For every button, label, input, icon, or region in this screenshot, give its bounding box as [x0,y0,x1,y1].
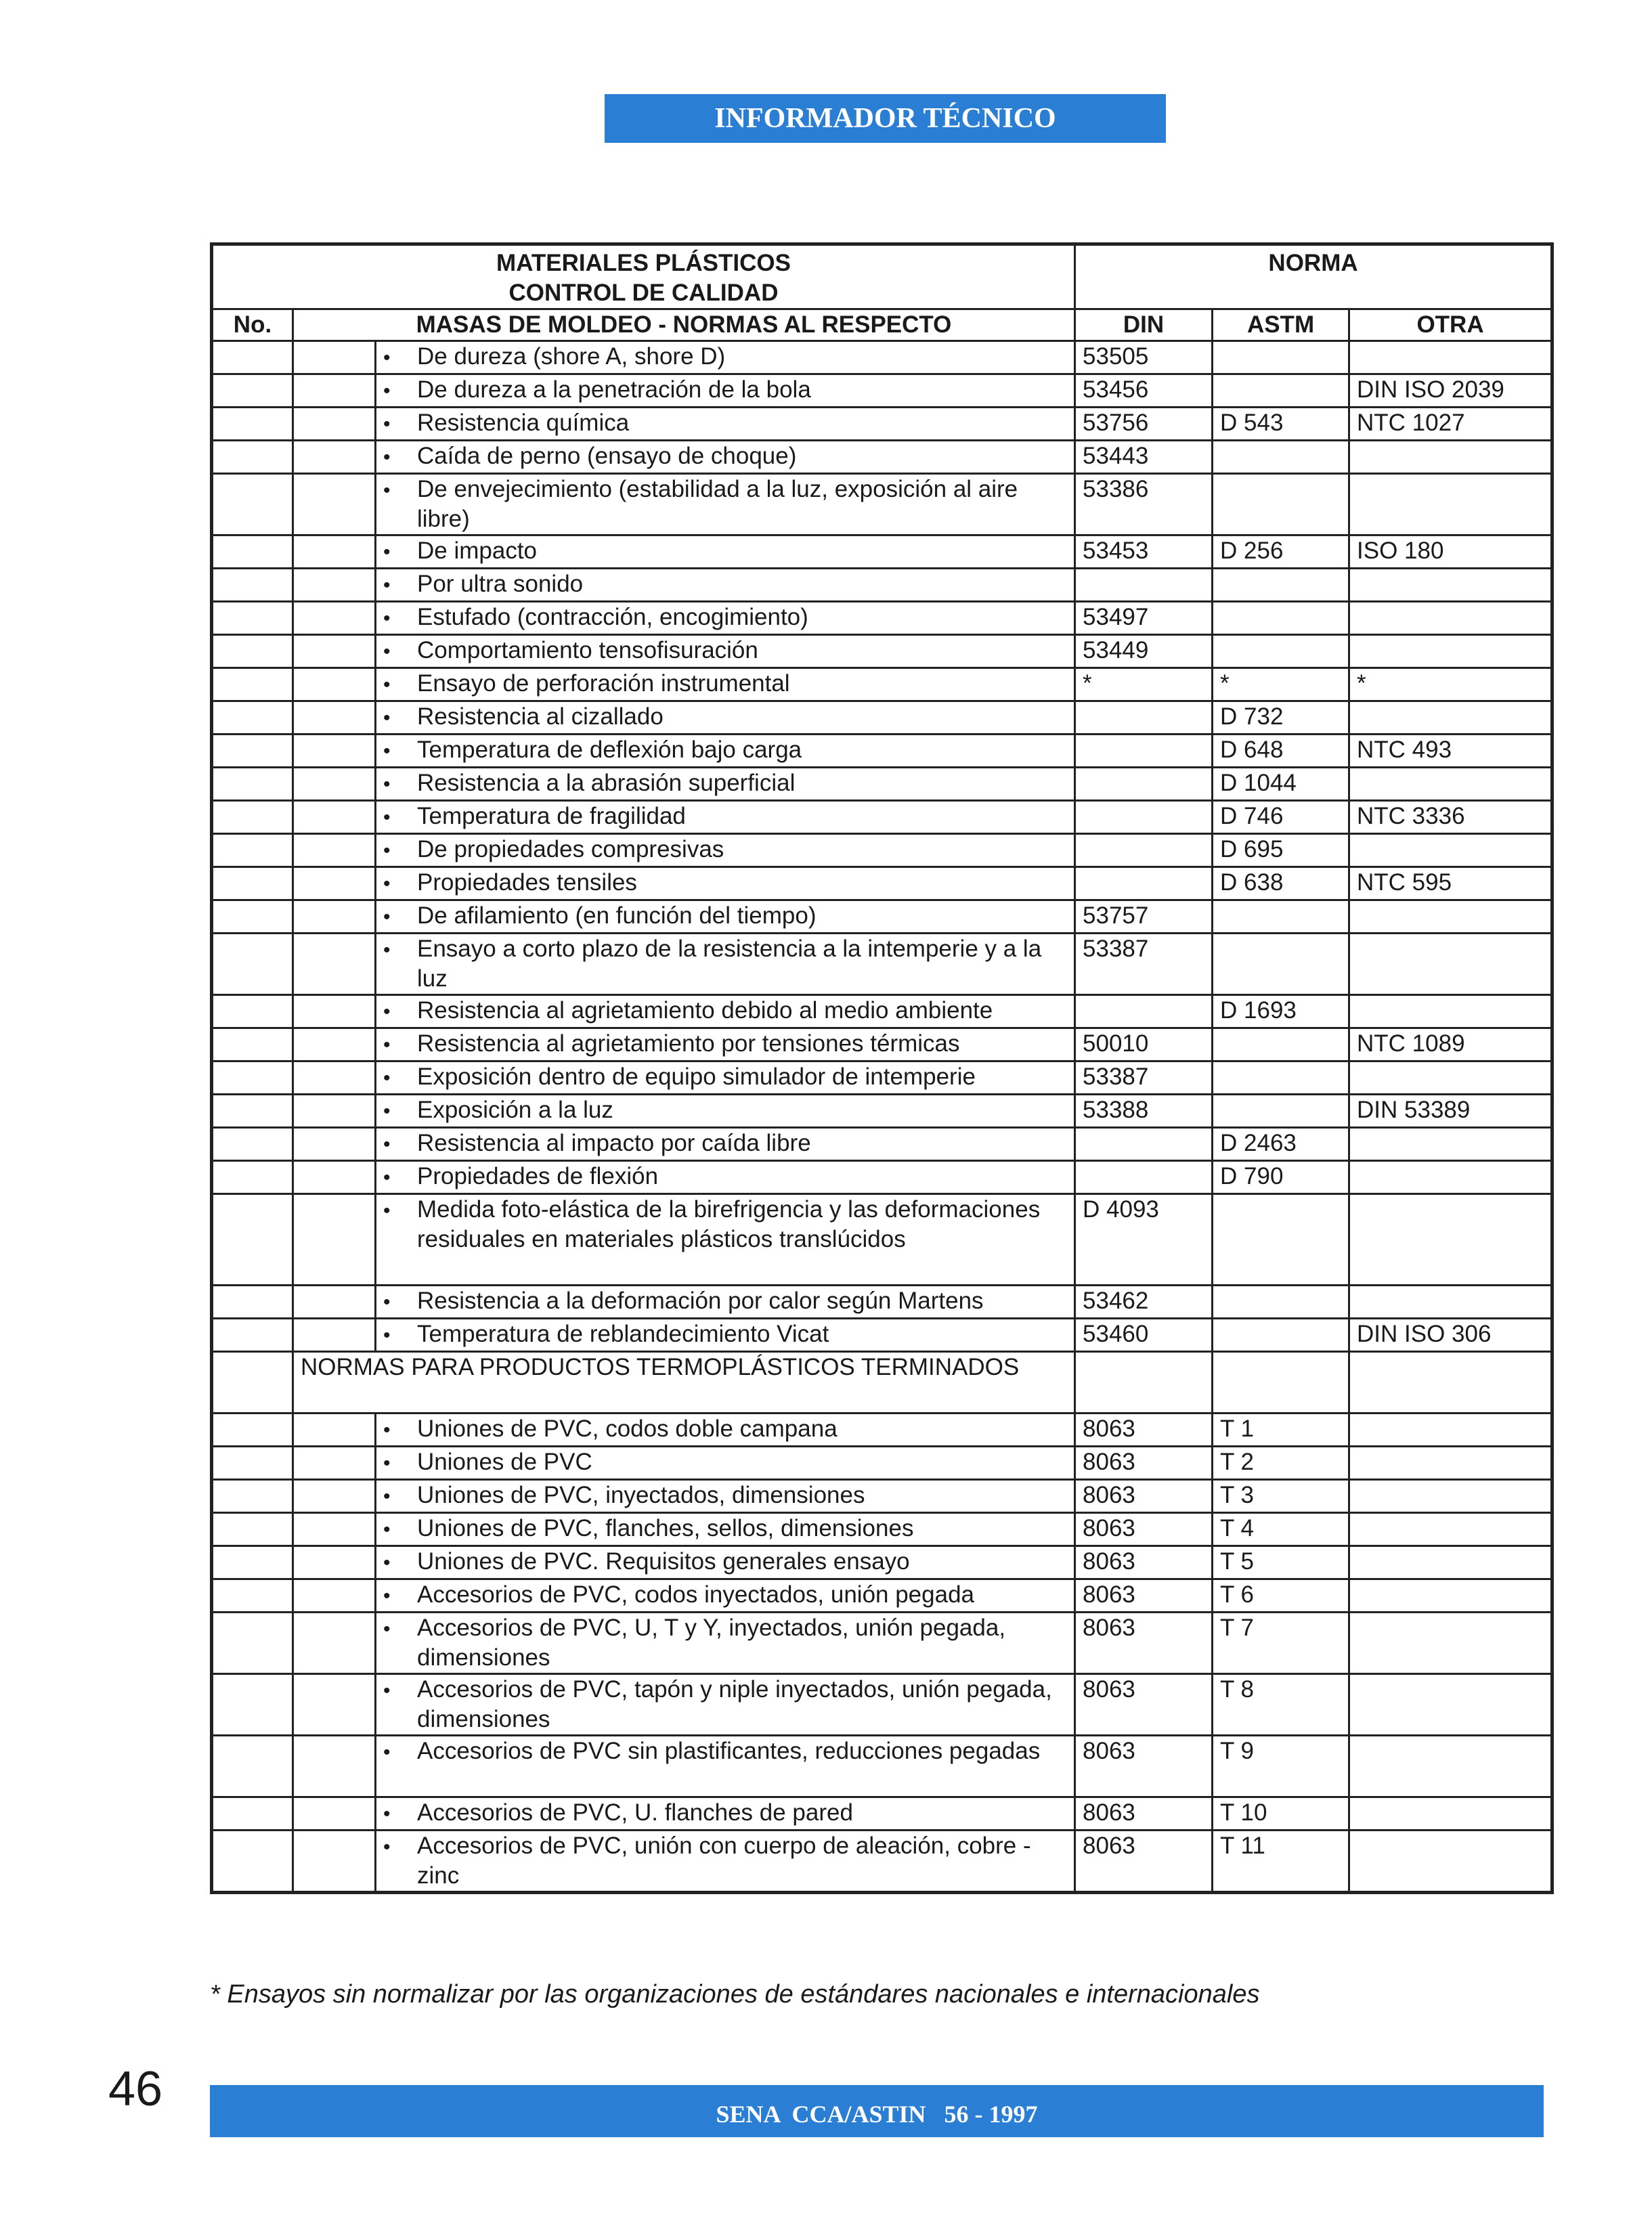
cell-otra [1349,1128,1552,1161]
table-row: Accesorios de PVC, tapón y niple inyecta… [212,1674,1552,1736]
cell-description: Uniones de PVC, codos doble campana [376,1414,1075,1447]
cell-astm: D 1044 [1213,768,1349,801]
footer-banner-text: SENA CCA/ASTIN 56 - 1997 [716,2100,1037,2128]
cell-otra [1349,1480,1552,1513]
table-row: Caída de perno (ensayo de choque)53443 [212,441,1552,474]
cell-din [1075,768,1213,801]
cell-description: Temperatura de fragilidad [376,801,1075,834]
cell-otra [1349,1352,1552,1414]
cell-no [212,1579,293,1613]
cell-otra [1349,1613,1552,1674]
table-row: Uniones de PVC. Requisitos generales ens… [212,1546,1552,1579]
description-text: Resistencia al impacto por caída libre [417,1129,1066,1158]
col-header-din: DIN [1075,309,1213,341]
cell-otra [1349,934,1552,995]
cell-astm: T 8 [1213,1674,1349,1736]
cell-otra [1349,1579,1552,1613]
cell-din [1075,801,1213,834]
cell-description: Accesorios de PVC, tapón y niple inyecta… [376,1674,1075,1736]
cell-description: Accesorios de PVC, unión con cuerpo de a… [376,1831,1075,1893]
cell-otra: NTC 1027 [1349,408,1552,441]
description-text: Temperatura de deflexión bajo carga [417,735,1066,765]
cell-otra: NTC 3336 [1349,801,1552,834]
cell-otra [1349,1161,1552,1194]
header-banner-title: INFORMADOR TÉCNICO [714,102,1056,135]
cell-no [212,1161,293,1194]
cell-otra [1349,1831,1552,1893]
cell-description: Uniones de PVC, inyectados, dimensiones [376,1480,1075,1513]
cell-din: 53386 [1075,474,1213,535]
cell-otra [1349,1736,1552,1797]
cell-empty [293,1831,376,1893]
cell-no [212,1128,293,1161]
cell-din: 53449 [1075,635,1213,668]
bullet-icon [383,1514,417,1545]
description-text: Temperatura de reblandecimiento Vicat [417,1319,1066,1349]
table-row: Temperatura de reblandecimiento Vicat534… [212,1319,1552,1352]
cell-otra [1349,569,1552,602]
cell-description: Uniones de PVC, flanches, sellos, dimens… [376,1513,1075,1546]
cell-din: 53443 [1075,441,1213,474]
table-body: De dureza (shore A, shore D)53505De dure… [212,341,1552,1893]
cell-description: Exposición dentro de equipo simulador de… [376,1061,1075,1095]
cell-no [212,1797,293,1831]
cell-empty [293,1579,376,1613]
cell-astm: T 6 [1213,1579,1349,1613]
cell-empty [293,1546,376,1579]
description-text: De propiedades compresivas [417,835,1066,864]
cell-description: Uniones de PVC [376,1447,1075,1480]
cell-empty [293,1736,376,1797]
cell-empty [293,1061,376,1095]
cell-din: 53453 [1075,535,1213,569]
cell-din: 8063 [1075,1736,1213,1797]
description-text: Propiedades tensiles [417,868,1066,898]
cell-otra [1349,341,1552,374]
cell-description: Temperatura de reblandecimiento Vicat [376,1319,1075,1352]
cell-otra [1349,1447,1552,1480]
cell-description: Medida foto-elástica de la birefrigencia… [376,1194,1075,1286]
cell-otra [1349,602,1552,635]
cell-empty [293,408,376,441]
cell-description: Estufado (contracción, encogimiento) [376,602,1075,635]
cell-no [212,535,293,569]
table-row: Resistencia química53756D 543NTC 1027 [212,408,1552,441]
cell-otra [1349,1061,1552,1095]
table-row: Accesorios de PVC sin plastificantes, re… [212,1736,1552,1797]
cell-astm [1213,474,1349,535]
cell-astm [1213,1286,1349,1319]
cell-otra: DIN 53389 [1349,1095,1552,1128]
description-text: De envejecimiento (estabilidad a la luz,… [417,475,1066,534]
cell-din [1075,1128,1213,1161]
cell-no [212,1414,293,1447]
cell-empty [293,535,376,569]
cell-no [212,1831,293,1893]
cell-din [1075,995,1213,1028]
table-row: Resistencia al cizalladoD 732 [212,701,1552,735]
description-text: De afilamiento (en función del tiempo) [417,901,1066,931]
table-row: Temperatura de deflexión bajo cargaD 648… [212,735,1552,768]
bullet-icon [383,934,417,965]
description-text: Accesorios de PVC, U, T y Y, inyectados,… [417,1613,1066,1673]
description-text: Uniones de PVC, inyectados, dimensiones [417,1481,1066,1510]
cell-no [212,1613,293,1674]
cell-description: De afilamiento (en función del tiempo) [376,900,1075,934]
cell-otra: * [1349,668,1552,701]
cell-otra [1349,1286,1552,1319]
cell-no [212,635,293,668]
description-text: Resistencia al agrietamiento debido al m… [417,996,1066,1026]
table-row: Exposición dentro de equipo simulador de… [212,1061,1552,1095]
cell-astm [1213,1194,1349,1286]
description-text: Uniones de PVC, codos doble campana [417,1414,1066,1444]
description-text: De impacto [417,536,1066,566]
cell-empty [293,1028,376,1061]
cell-no [212,341,293,374]
cell-empty [293,801,376,834]
cell-no [212,1194,293,1286]
bullet-icon [383,1613,417,1644]
description-text: Por ultra sonido [417,569,1066,599]
cell-description: De dureza (shore A, shore D) [376,341,1075,374]
cell-description: Temperatura de deflexión bajo carga [376,735,1075,768]
cell-din: 53387 [1075,934,1213,995]
cell-din [1075,701,1213,735]
cell-otra [1349,1414,1552,1447]
table-row: Ensayo de perforación instrumental*** [212,668,1552,701]
cell-empty [293,1447,376,1480]
cell-astm: T 5 [1213,1546,1349,1579]
cell-astm: T 2 [1213,1447,1349,1480]
cell-din: 8063 [1075,1613,1213,1674]
cell-astm: D 790 [1213,1161,1349,1194]
cell-astm [1213,1095,1349,1128]
bullet-icon [383,1162,417,1193]
cell-no [212,1061,293,1095]
table-row: De dureza (shore A, shore D)53505 [212,341,1552,374]
description-text: Uniones de PVC. Requisitos generales ens… [417,1547,1066,1577]
bullet-icon [383,475,417,506]
cell-no [212,934,293,995]
cell-din: 53456 [1075,374,1213,408]
cell-no [212,1736,293,1797]
cell-astm [1213,602,1349,635]
cell-astm: D 648 [1213,735,1349,768]
cell-otra [1349,995,1552,1028]
cell-no [212,900,293,934]
table-row: Por ultra sonido [212,569,1552,602]
bullet-icon [383,1319,417,1351]
table-row: De propiedades compresivasD 695 [212,834,1552,867]
footer-banner: SENA CCA/ASTIN 56 - 1997 [210,2085,1544,2137]
description-text: Uniones de PVC, flanches, sellos, dimens… [417,1514,1066,1543]
bullet-icon [383,1195,417,1226]
cell-astm: D 746 [1213,801,1349,834]
table-row: De envejecimiento (estabilidad a la luz,… [212,474,1552,535]
bullet-icon [383,1286,417,1317]
cell-empty [293,474,376,535]
cell-empty [293,1286,376,1319]
cell-empty [293,900,376,934]
cell-no [212,1546,293,1579]
cell-description: Propiedades de flexión [376,1161,1075,1194]
cell-otra [1349,635,1552,668]
cell-din: * [1075,668,1213,701]
table-row: Uniones de PVC, flanches, sellos, dimens… [212,1513,1552,1546]
bullet-icon [383,669,417,700]
bullet-icon [383,1831,417,1862]
cell-astm [1213,441,1349,474]
cell-otra [1349,1546,1552,1579]
cell-astm: T 1 [1213,1414,1349,1447]
table-row: De dureza a la penetración de la bola534… [212,374,1552,408]
cell-din [1075,1352,1213,1414]
bullet-icon [383,901,417,932]
table-row: Accesorios de PVC, unión con cuerpo de a… [212,1831,1552,1893]
cell-empty [293,735,376,768]
bullet-icon [383,1675,417,1706]
description-text: Resistencia a la abrasión superficial [417,768,1066,798]
bullet-icon [383,408,417,439]
cell-din [1075,569,1213,602]
cell-astm [1213,1028,1349,1061]
cell-empty [293,1513,376,1546]
cell-otra [1349,768,1552,801]
cell-description: Accesorios de PVC, U. flanches de pared [376,1797,1075,1831]
cell-no [212,474,293,535]
cell-din: 8063 [1075,1546,1213,1579]
cell-empty [293,635,376,668]
description-text: Estufado (contracción, encogimiento) [417,602,1066,632]
cell-din: 8063 [1075,1674,1213,1736]
cell-no [212,701,293,735]
cell-no [212,408,293,441]
cell-no [212,1513,293,1546]
bullet-icon [383,602,417,634]
cell-astm: T 10 [1213,1797,1349,1831]
cell-no [212,995,293,1028]
cell-description: Ensayo a corto plazo de la resistencia a… [376,934,1075,995]
cell-astm: T 11 [1213,1831,1349,1893]
cell-description: Ensayo de perforación instrumental [376,668,1075,701]
cell-otra: DIN ISO 2039 [1349,374,1552,408]
description-text: Resistencia química [417,408,1066,438]
cell-otra [1349,834,1552,867]
table-row: Accesorios de PVC, U. flanches de pared8… [212,1797,1552,1831]
description-text: Accesorios de PVC sin plastificantes, re… [417,1736,1066,1766]
table-row: Propiedades de flexiónD 790 [212,1161,1552,1194]
cell-empty [293,569,376,602]
cell-din: 53505 [1075,341,1213,374]
description-text: Temperatura de fragilidad [417,802,1066,831]
cell-no [212,867,293,900]
cell-otra: DIN ISO 306 [1349,1319,1552,1352]
cell-astm: D 638 [1213,867,1349,900]
cell-din: 8063 [1075,1831,1213,1893]
cell-no [212,768,293,801]
cell-empty [293,867,376,900]
cell-no [212,1286,293,1319]
description-text: Accesorios de PVC, codos inyectados, uni… [417,1580,1066,1610]
cell-empty [293,1414,376,1447]
description-text: Medida foto-elástica de la birefrigencia… [417,1195,1066,1254]
cell-description: Propiedades tensiles [376,867,1075,900]
cell-otra [1349,441,1552,474]
cell-no [212,1480,293,1513]
cell-no [212,834,293,867]
cell-astm [1213,900,1349,934]
description-text: Comportamiento tensofisuración [417,636,1066,665]
cell-description: Resistencia química [376,408,1075,441]
cell-din: 8063 [1075,1579,1213,1613]
cell-no [212,1447,293,1480]
cell-din: 53462 [1075,1286,1213,1319]
cell-astm: D 1693 [1213,995,1349,1028]
cell-otra: NTC 493 [1349,735,1552,768]
bullet-icon [383,1029,417,1060]
cell-no [212,441,293,474]
description-text: Accesorios de PVC, U. flanches de pared [417,1798,1066,1828]
description-text: Resistencia a la deformación por calor s… [417,1286,1066,1316]
bullet-icon [383,569,417,600]
description-text: Caída de perno (ensayo de choque) [417,441,1066,471]
cell-din: 8063 [1075,1447,1213,1480]
cell-empty [293,1797,376,1831]
cell-din: 8063 [1075,1414,1213,1447]
cell-din: D 4093 [1075,1194,1213,1286]
cell-empty [293,768,376,801]
description-text: Ensayo de perforación instrumental [417,669,1066,699]
table-row: Uniones de PVC, inyectados, dimensiones8… [212,1480,1552,1513]
cell-astm: D 732 [1213,701,1349,735]
cell-astm: * [1213,668,1349,701]
cell-description: De dureza a la penetración de la bola [376,374,1075,408]
cell-astm: D 2463 [1213,1128,1349,1161]
cell-astm [1213,341,1349,374]
cell-din [1075,735,1213,768]
table-row: Accesorios de PVC, codos inyectados, uni… [212,1579,1552,1613]
cell-otra [1349,1797,1552,1831]
table-row: Resistencia a la abrasión superficialD 1… [212,768,1552,801]
table-title-line1: MATERIALES PLÁSTICOS [220,248,1067,278]
cell-description: Accesorios de PVC sin plastificantes, re… [376,1736,1075,1797]
cell-astm [1213,569,1349,602]
cell-din [1075,1161,1213,1194]
bullet-icon [383,375,417,406]
cell-otra [1349,1513,1552,1546]
cell-description: De impacto [376,535,1075,569]
description-text: Ensayo a corto plazo de la resistencia a… [417,934,1066,994]
col-header-otra: OTRA [1349,309,1552,341]
cell-empty [293,1480,376,1513]
cell-din: 8063 [1075,1480,1213,1513]
cell-description: Resistencia al agrietamiento debido al m… [376,995,1075,1028]
cell-empty [293,1161,376,1194]
cell-empty [293,934,376,995]
cell-empty [293,1674,376,1736]
cell-din: 50010 [1075,1028,1213,1061]
table-row: Resistencia al impacto por caída libreD … [212,1128,1552,1161]
table-row: Temperatura de fragilidadD 746NTC 3336 [212,801,1552,834]
cell-astm: D 695 [1213,834,1349,867]
table-row: Resistencia al agrietamiento por tension… [212,1028,1552,1061]
cell-no [212,735,293,768]
bullet-icon [383,1736,417,1768]
cell-din: 53756 [1075,408,1213,441]
bullet-icon [383,868,417,899]
cell-astm: T 4 [1213,1513,1349,1546]
cell-no [212,668,293,701]
cell-astm [1213,1061,1349,1095]
description-text: Accesorios de PVC, unión con cuerpo de a… [417,1831,1066,1891]
cell-astm [1213,934,1349,995]
cell-empty [293,995,376,1028]
cell-empty [293,668,376,701]
table-title-line2: CONTROL DE CALIDAD [220,278,1067,308]
cell-description: De propiedades compresivas [376,834,1075,867]
description-text: Exposición a la luz [417,1095,1066,1125]
cell-din: 53460 [1075,1319,1213,1352]
cell-din: 53497 [1075,602,1213,635]
bullet-icon [383,1095,417,1126]
description-text: Propiedades de flexión [417,1162,1066,1191]
table-row: Medida foto-elástica de la birefrigencia… [212,1194,1552,1286]
norms-table: MATERIALES PLÁSTICOS CONTROL DE CALIDAD … [210,242,1554,1894]
table-row: Resistencia al agrietamiento debido al m… [212,995,1552,1028]
bullet-icon [383,1798,417,1829]
cell-empty [293,341,376,374]
bullet-icon [383,1481,417,1512]
page-number: 46 [108,2061,162,2117]
table-row: Uniones de PVC8063T 2 [212,1447,1552,1480]
cell-otra [1349,1194,1552,1286]
cell-description: Comportamiento tensofisuración [376,635,1075,668]
bullet-icon [383,441,417,473]
table-row: De afilamiento (en función del tiempo)53… [212,900,1552,934]
bullet-icon [383,702,417,733]
cell-empty [293,1128,376,1161]
cell-din: 8063 [1075,1513,1213,1546]
cell-description: Resistencia al impacto por caída libre [376,1128,1075,1161]
cell-astm: T 3 [1213,1480,1349,1513]
cell-din [1075,834,1213,867]
table-row: Exposición a la luz53388DIN 53389 [212,1095,1552,1128]
cell-section-title: NORMAS PARA PRODUCTOS TERMOPLÁSTICOS TER… [293,1352,1075,1414]
description-text: De dureza a la penetración de la bola [417,375,1066,405]
table-row: Uniones de PVC, codos doble campana8063T… [212,1414,1552,1447]
cell-no [212,374,293,408]
table-row: De impacto53453D 256ISO 180 [212,535,1552,569]
cell-description: Resistencia a la deformación por calor s… [376,1286,1075,1319]
col-header-description: MASAS DE MOLDEO - NORMAS AL RESPECTO [293,309,1075,341]
cell-description: De envejecimiento (estabilidad a la luz,… [376,474,1075,535]
cell-otra: ISO 180 [1349,535,1552,569]
description-text: Exposición dentro de equipo simulador de… [417,1062,1066,1092]
table-title: MATERIALES PLÁSTICOS CONTROL DE CALIDAD [212,244,1075,309]
header-banner: INFORMADOR TÉCNICO [605,94,1166,143]
cell-otra [1349,1674,1552,1736]
cell-description: Por ultra sonido [376,569,1075,602]
bullet-icon [383,1414,417,1445]
cell-empty [293,602,376,635]
cell-description: Accesorios de PVC, U, T y Y, inyectados,… [376,1613,1075,1674]
footnote: * Ensayos sin normalizar por las organiz… [210,1980,1259,2009]
cell-description: Uniones de PVC. Requisitos generales ens… [376,1546,1075,1579]
cell-otra [1349,474,1552,535]
cell-din: 8063 [1075,1797,1213,1831]
cell-no [212,801,293,834]
